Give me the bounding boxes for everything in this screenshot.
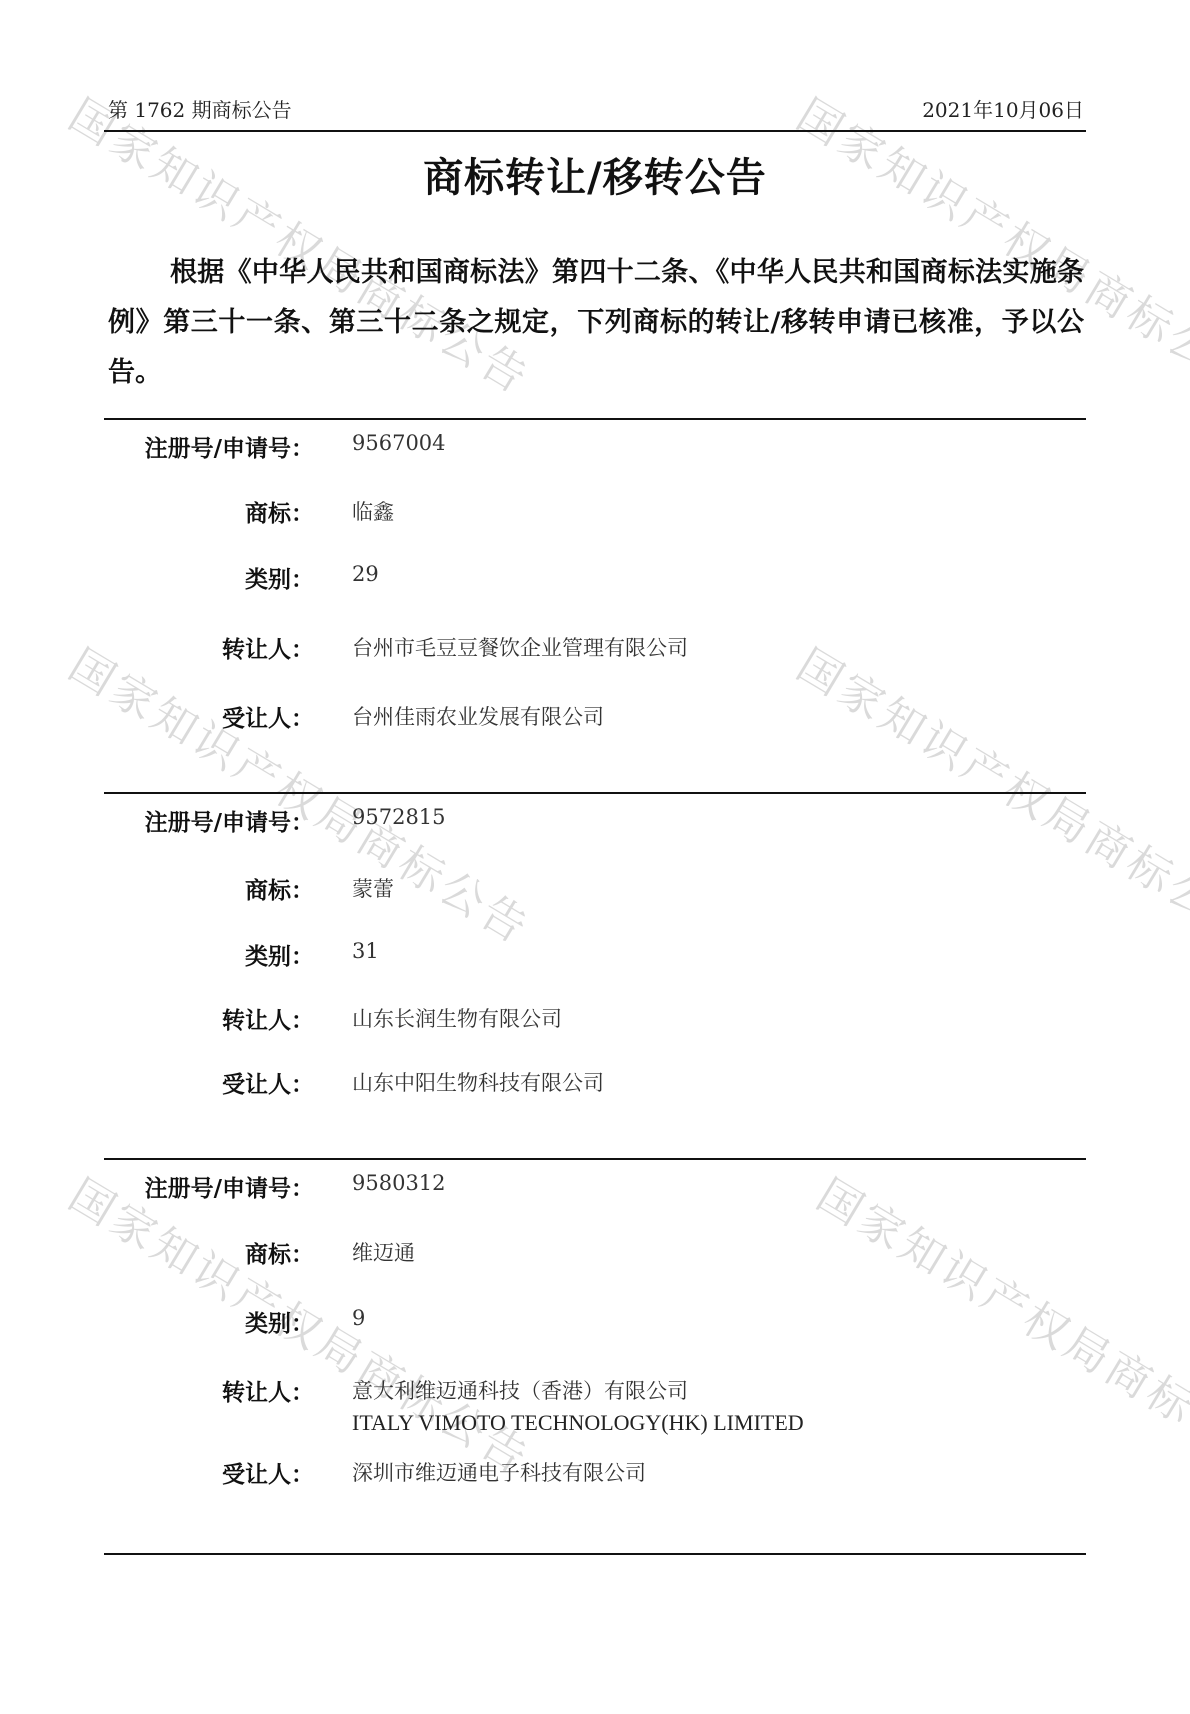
field-assignor: 转让人： 意大利维迈通科技（香港）有限公司 ITALY VIMOTO TECHN… (108, 1374, 1084, 1410)
page-header: 第 1762 期商标公告 2021年10月06日 (108, 94, 1084, 124)
record-divider (104, 1158, 1086, 1160)
field-assignee: 受让人： 台州佳雨农业发展有限公司 (108, 700, 1084, 736)
field-reg-no: 注册号/申请号： 9580312 (108, 1170, 1084, 1206)
field-class: 类别： 9 (108, 1305, 1084, 1341)
label-assignor: 转让人： (222, 631, 314, 664)
record-divider (104, 418, 1086, 420)
field-mark: 商标： 蒙蕾 (108, 872, 1084, 908)
label-assignee: 受让人： (222, 1066, 314, 1099)
value-assignor-english: ITALY VIMOTO TECHNOLOGY(HK) LIMITED (352, 1410, 804, 1436)
value-class: 31 (352, 939, 379, 963)
label-assignor: 转让人： (222, 1374, 314, 1407)
record-divider (104, 792, 1086, 794)
value-assignee: 深圳市维迈通电子科技有限公司 (352, 1457, 646, 1487)
publication-date: 2021年10月06日 (922, 94, 1084, 123)
label-reg-no: 注册号/申请号： (145, 804, 314, 837)
field-class: 类别： 29 (108, 561, 1084, 597)
field-assignee: 受让人： 深圳市维迈通电子科技有限公司 (108, 1456, 1084, 1492)
record-divider (104, 1553, 1086, 1555)
value-reg-no: 9580312 (352, 1171, 446, 1195)
field-reg-no: 注册号/申请号： 9572815 (108, 804, 1084, 840)
label-class: 类别： (245, 561, 314, 594)
value-mark: 维迈通 (352, 1237, 415, 1267)
label-mark: 商标： (245, 495, 314, 528)
field-mark: 商标： 临鑫 (108, 495, 1084, 531)
value-assignee: 山东中阳生物科技有限公司 (352, 1067, 604, 1097)
label-mark: 商标： (245, 872, 314, 905)
value-mark: 临鑫 (352, 496, 394, 526)
field-mark: 商标： 维迈通 (108, 1236, 1084, 1272)
value-assignee: 台州佳雨农业发展有限公司 (352, 701, 604, 731)
label-reg-no: 注册号/申请号： (145, 1170, 314, 1203)
value-class: 9 (352, 1306, 365, 1330)
field-reg-no: 注册号/申请号： 9567004 (108, 430, 1084, 466)
intro-paragraph: 根据《中华人民共和国商标法》第四十二条、《中华人民共和国商标法实施条例》第三十一… (108, 248, 1084, 398)
issue-number: 第 1762 期商标公告 (108, 94, 292, 123)
label-mark: 商标： (245, 1236, 314, 1269)
value-assignor: 山东长润生物有限公司 (352, 1003, 562, 1033)
value-assignor: 台州市毛豆豆餐饮企业管理有限公司 (352, 632, 688, 662)
field-assignor: 转让人： 山东长润生物有限公司 (108, 1002, 1084, 1038)
value-class: 29 (352, 562, 379, 586)
field-assignor: 转让人： 台州市毛豆豆餐饮企业管理有限公司 (108, 631, 1084, 667)
page-title: 商标转让/移转公告 (0, 146, 1190, 203)
label-assignee: 受让人： (222, 700, 314, 733)
field-assignee: 受让人： 山东中阳生物科技有限公司 (108, 1066, 1084, 1102)
label-assignee: 受让人： (222, 1456, 314, 1489)
label-class: 类别： (245, 938, 314, 971)
value-assignor: 意大利维迈通科技（香港）有限公司 (352, 1375, 688, 1405)
label-reg-no: 注册号/申请号： (145, 430, 314, 463)
value-mark: 蒙蕾 (352, 873, 394, 903)
label-assignor: 转让人： (222, 1002, 314, 1035)
header-divider (104, 130, 1086, 132)
label-class: 类别： (245, 1305, 314, 1338)
value-reg-no: 9572815 (352, 805, 446, 829)
field-class: 类别： 31 (108, 938, 1084, 974)
value-reg-no: 9567004 (352, 431, 446, 455)
